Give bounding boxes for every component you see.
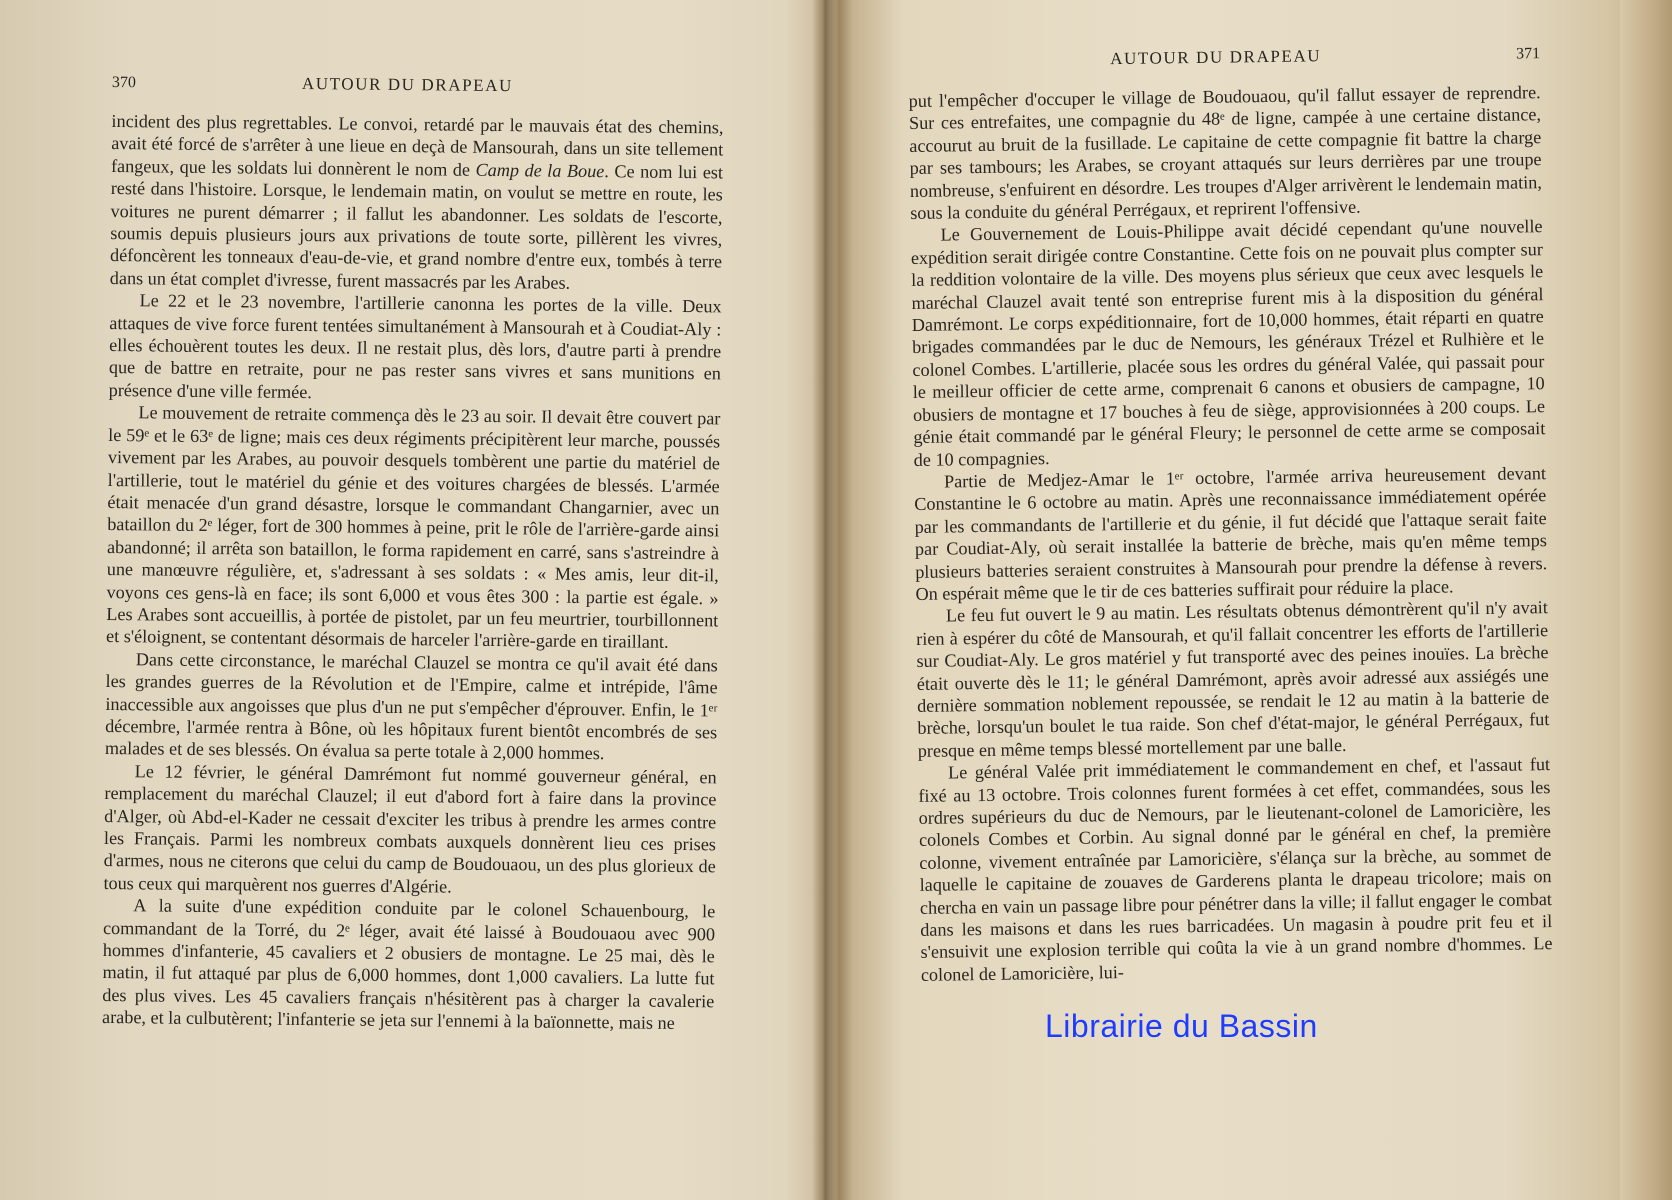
paragraph-text: . Ce nom lui est resté dans l'histoire. … [110,161,723,293]
paragraph: Le mouvement de retraite commença dès le… [106,401,721,654]
paragraph: Le feu fut ouvert le 9 au matin. Les rés… [916,596,1550,762]
left-page: 370 AUTOUR DU DRAPEAU incident des plus … [102,72,724,1035]
italic-place-name: Camp de la Boue [475,160,604,181]
left-page-header: 370 AUTOUR DU DRAPEAU [112,72,724,108]
right-page: AUTOUR DU DRAPEAU 371 put l'empêcher d'o… [908,43,1553,986]
paragraph: Le 22 et le 23 novembre, l'artillerie ca… [109,289,722,407]
paragraph: Partie de Medjez-Amar le 1ᵉʳ octobre, l'… [914,462,1548,605]
paragraph: incident des plus regrettables. Le convo… [110,110,724,296]
paragraph: put l'empêcher d'occuper le village de B… [909,81,1543,224]
page-number: 371 [1480,45,1540,64]
paragraph: Le général Valée prit immédiatement le c… [918,753,1553,986]
paragraph: Dans cette circonstance, le maréchal Cla… [105,648,718,766]
page-number: 370 [112,74,172,93]
page-edge [1620,0,1672,1200]
watermark-text: Librairie du Bassin [1045,1008,1318,1045]
book-gutter [812,0,836,1200]
paragraph: Le Gouvernement de Louis-Philippe avait … [910,216,1545,471]
paragraph: A la suite d'une expédition conduite par… [102,894,715,1035]
paragraph: Le 12 février, le général Damrémont fut … [103,760,716,901]
